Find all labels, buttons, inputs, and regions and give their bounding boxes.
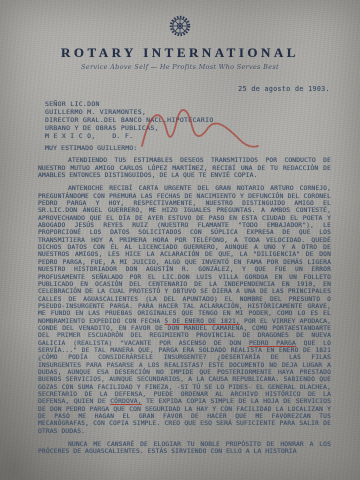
recipient-line: M E X I C O, D. F. bbox=[45, 133, 214, 141]
body-text: QUE LO SERVÍA..." DE TAL MANERA QUE, PAR… bbox=[38, 340, 331, 406]
body-text: ATENDIENDO TUS ESTIMABLES DESEOS TRANSMI… bbox=[38, 157, 331, 179]
letter-flow: MUY ESTIMADO GUILLERMO: ATENDIENDO TUS E… bbox=[38, 145, 331, 462]
recipient-block: SEÑOR LIC.DONGUILLERMO M. VIRAMONTES,DIR… bbox=[45, 101, 214, 141]
body-text: NUNCA ME CANSARÉ DE ELOGIAR TU NOBLE PRO… bbox=[38, 441, 331, 455]
body-text: ANTENOCHE RECIBÍ CARTA URGENTE DEL GRAN … bbox=[38, 185, 331, 324]
salutation: MUY ESTIMADO GUILLERMO: bbox=[45, 145, 331, 152]
rotary-wheel-icon bbox=[168, 14, 192, 38]
body-paragraph: NUNCA ME CANSARÉ DE ELOGIAR TU NOBLE PRO… bbox=[38, 441, 331, 456]
body-paragraph: ATENDIENDO TUS ESTIMABLES DESEOS TRANSMI… bbox=[38, 157, 331, 179]
red-underlined-text: PEDRO PARGA bbox=[249, 340, 296, 347]
org-name: ROTARY INTERNATIONAL bbox=[0, 45, 360, 61]
letter-body: ATENDIENDO TUS ESTIMABLES DESEOS TRANSMI… bbox=[38, 157, 331, 455]
typed-letter-page: ROTARY INTERNATIONAL Service Above Self … bbox=[0, 0, 360, 480]
body-paragraph: ANTENOCHE RECIBÍ CARTA URGENTE DEL GRAN … bbox=[38, 185, 331, 435]
red-underlined-text: CÓRDOVA, bbox=[110, 398, 141, 405]
letterhead: ROTARY INTERNATIONAL Service Above Self … bbox=[0, 14, 360, 71]
date-line: 25 de agosto de 1903. bbox=[238, 85, 330, 93]
red-underlined-text: 5 DE ENERO DE 1821, bbox=[164, 318, 239, 325]
letterhead-motto: Service Above Self — He Profits Most Who… bbox=[0, 63, 360, 71]
